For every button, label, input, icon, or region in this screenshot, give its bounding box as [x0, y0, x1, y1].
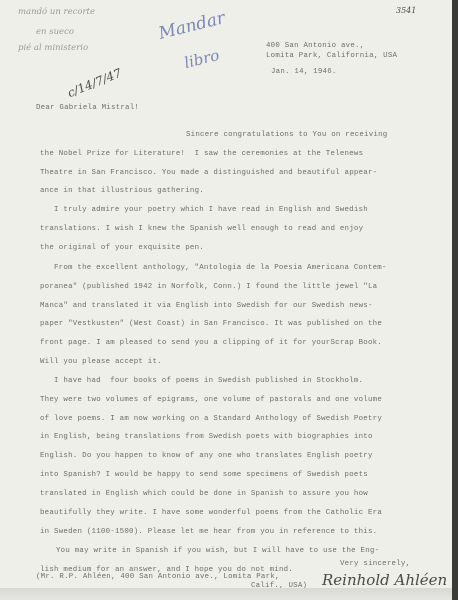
- body-line: front page. I am pleased to send you a c…: [40, 340, 382, 347]
- date-annotation: c/14/7/47: [65, 66, 123, 100]
- body-line: Will you please accept it.: [40, 359, 162, 366]
- signature: Reinhold Ahléen: [322, 571, 447, 589]
- sender-address-line-1: 400 San Antonio ave.,: [266, 43, 364, 50]
- pencil-note-line-2: en sueco: [36, 27, 74, 37]
- blue-note-mandar: Mandar: [157, 8, 227, 44]
- body-line: You may write in Spanish if you wish, bu…: [56, 548, 379, 555]
- body-line: beautifully they write. I have some wond…: [40, 510, 382, 517]
- body-line: the Nobel Prize for Literature! I saw th…: [40, 151, 363, 158]
- salutation: Dear Gabriela Mistral!: [36, 105, 139, 112]
- body-line: paper "Vestkusten" (West Coast) in San F…: [40, 321, 382, 328]
- body-line: translations. I wish I knew the Spanish …: [40, 226, 363, 233]
- letter-page: 3541 mandó un recorte en sueco pié al mi…: [0, 0, 452, 588]
- body-line: ance in that illustrious gathering.: [40, 188, 204, 195]
- sender-address-line-2: Lomita Park, California, USA: [266, 53, 397, 60]
- body-line: Manca" and translated it via English int…: [40, 303, 373, 310]
- archive-number: 3541: [396, 6, 416, 15]
- body-line: They were two volumes of epigrams, one v…: [40, 397, 382, 404]
- return-address-line-1: (Mr. R.P. Ahléen, 400 San Antonio ave., …: [36, 574, 280, 581]
- body-line: in English, being translations from Swed…: [40, 434, 373, 441]
- body-line: I truly admire your poetry which I have …: [54, 207, 368, 214]
- closing: Very sincerely,: [340, 561, 410, 568]
- letter-date: Jan. 14, 1946.: [271, 69, 337, 76]
- body-line: into Spanish? I would be happy to send s…: [40, 472, 368, 479]
- blue-note-libro: libro: [182, 46, 221, 72]
- pencil-note-line-1: mandó un recorte: [18, 7, 95, 17]
- pencil-note-line-3: pié al ministerio: [18, 43, 88, 53]
- body-line: From the excellent anthology, "Antologia…: [54, 265, 387, 272]
- body-line: in Sweden (1100-1500). Please let me hea…: [40, 529, 377, 536]
- body-line: translated in English which could be don…: [40, 491, 368, 498]
- scan-background-right: [452, 0, 458, 600]
- body-line: I have had four books of poems in Swedis…: [54, 378, 363, 385]
- body-line: the original of your exquisite pen.: [40, 245, 204, 252]
- body-line: English. Do you happen to know of any on…: [40, 453, 373, 460]
- body-line: Sincere congratulations to You on receiv…: [186, 132, 387, 139]
- scan-background-bottom: [0, 588, 458, 600]
- body-line: of love poems. I am now working on a Sta…: [40, 416, 382, 423]
- body-line: Theatre in San Francisco. You made a dis…: [40, 170, 377, 177]
- body-line: poranea" (published 1942 in Norfolk, Con…: [40, 284, 377, 291]
